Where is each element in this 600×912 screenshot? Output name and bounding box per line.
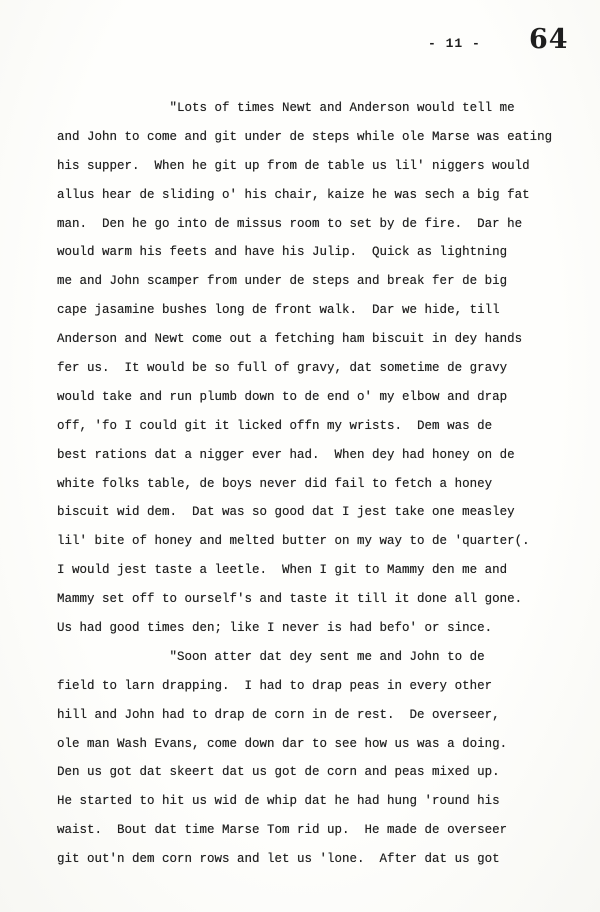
text-line: lil' bite of honey and melted butter on … bbox=[57, 527, 577, 556]
page: - 11 - 64 "Lots of times Newt and Anders… bbox=[0, 0, 600, 912]
folio-number: 64 bbox=[529, 24, 569, 55]
text-line: cape jasamine bushes long de front walk.… bbox=[57, 296, 577, 325]
text-line: Mammy set off to ourself's and taste it … bbox=[57, 585, 577, 614]
text-line: "Soon atter dat dey sent me and John to … bbox=[57, 643, 577, 672]
text-line: hill and John had to drap de corn in de … bbox=[57, 701, 577, 730]
text-line: biscuit wid dem. Dat was so good dat I j… bbox=[57, 498, 577, 527]
text-line: white folks table, de boys never did fai… bbox=[57, 470, 577, 499]
text-line: man. Den he go into de missus room to se… bbox=[57, 210, 577, 239]
text-line: me and John scamper from under de steps … bbox=[57, 267, 577, 296]
text-line: waist. Bout dat time Marse Tom rid up. H… bbox=[57, 816, 577, 845]
text-line: field to larn drapping. I had to drap pe… bbox=[57, 672, 577, 701]
text-line: He started to hit us wid de whip dat he … bbox=[57, 787, 577, 816]
text-line: his supper. When he git up from de table… bbox=[57, 152, 577, 181]
text-line: fer us. It would be so full of gravy, da… bbox=[57, 354, 577, 383]
text-line: Den us got dat skeert dat us got de corn… bbox=[57, 758, 577, 787]
page-number-label: - 11 - bbox=[428, 36, 481, 51]
text-line: and John to come and git under de steps … bbox=[57, 123, 577, 152]
text-line: allus hear de sliding o' his chair, kaiz… bbox=[57, 181, 577, 210]
page-header: - 11 - 64 bbox=[0, 0, 600, 70]
text-line: Us had good times den; like I never is h… bbox=[57, 614, 577, 643]
text-line: would warm his feets and have his Julip.… bbox=[57, 238, 577, 267]
text-line: I would jest taste a leetle. When I git … bbox=[57, 556, 577, 585]
text-line: best rations dat a nigger ever had. When… bbox=[57, 441, 577, 470]
text-line: Anderson and Newt come out a fetching ha… bbox=[57, 325, 577, 354]
text-line: ole man Wash Evans, come down dar to see… bbox=[57, 730, 577, 759]
text-line: off, 'fo I could git it licked offn my w… bbox=[57, 412, 577, 441]
document-body: "Lots of times Newt and Anderson would t… bbox=[57, 94, 577, 874]
text-line: would take and run plumb down to de end … bbox=[57, 383, 577, 412]
text-line: "Lots of times Newt and Anderson would t… bbox=[57, 94, 577, 123]
text-line: git out'n dem corn rows and let us 'lone… bbox=[57, 845, 577, 874]
